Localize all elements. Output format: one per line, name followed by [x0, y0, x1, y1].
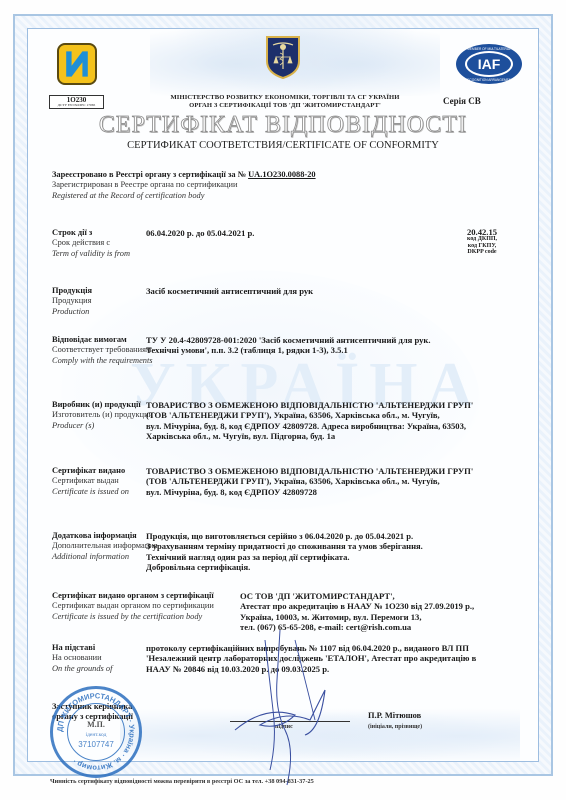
- certification-body-line: Атестат про акредитацію в НААУ № 1О230 в…: [240, 601, 540, 611]
- issued-to-line: (ТОВ 'АЛЬТЕНЕРДЖИ ГРУП'), Україна, 63506…: [146, 476, 546, 486]
- product-label-ru: Продукция: [52, 296, 177, 306]
- stamp-inner-ring: М.П. ідент.код 37107747: [67, 703, 125, 761]
- producer-line: Харківська обл., м. Чугуїв, вул. Підгорн…: [146, 431, 546, 441]
- certificate-title: СЕРТИФІКАТ ВІДПОВІДНОСТІ: [40, 112, 526, 139]
- signer-name: П.Р. Мітюшов: [368, 711, 421, 720]
- accreditation-standard: ДСТУ EN ISO/IEC 17065: [50, 104, 103, 108]
- gkpu-label: код ГКПУ,: [452, 243, 512, 250]
- requirements-value: ТУ У 20.4-42809728-001:2020 'Засіб косме…: [146, 335, 546, 356]
- ministry-emblem-icon: [265, 35, 301, 79]
- validity-period: 06.04.2020 р. до 05.04.2021 р.: [146, 228, 254, 238]
- stamp-id-code: 37107747: [68, 740, 124, 749]
- registration-label-en: Registered at the Record of certificatio…: [52, 191, 538, 201]
- term-label-en: Term of validity is from: [52, 249, 177, 259]
- dkpp-label: код ДКПП,: [452, 236, 512, 243]
- product-label-en: Production: [52, 307, 177, 317]
- additional-info-line: Продукція, що виготовляється серійно з 0…: [146, 531, 546, 541]
- product-name: Засіб косметичний антисептичний для рук: [146, 286, 313, 296]
- requirements-line: ТУ У 20.4-42809728-001:2020 'Засіб косме…: [146, 335, 546, 345]
- producer-line: (ТОВ 'АЛЬТЕНЕРДЖИ ГРУП'), Україна, 63506…: [146, 410, 546, 420]
- iaf-logo-icon: IAF MEMBER OF MULTILATERAL RECOGNITION A…: [455, 43, 523, 85]
- grounds-line: НААУ № 20846 від 10.03.2020 р. до 09.03.…: [146, 664, 546, 674]
- requirements-label-en: Comply with the requirements: [52, 356, 177, 366]
- producer-value: ТОВАРИСТВО З ОБМЕЖЕНОЮ ВІДПОВІДАЛЬНІСТЮ …: [146, 400, 546, 441]
- accreditation-box: 1О230 ДСТУ EN ISO/IEC 17065: [49, 95, 104, 109]
- requirements-line: Технічні умови', п.п. 3.2 (таблиця 1, ря…: [146, 345, 546, 355]
- issued-to-line: ТОВАРИСТВО З ОБМЕЖЕНОЮ ВІДПОВІДАЛЬНІСТЮ …: [146, 466, 546, 476]
- certification-body-label-en: Certificate is issued by the certificati…: [52, 612, 222, 622]
- additional-info-value: Продукція, що виготовляється серійно з 0…: [146, 531, 546, 572]
- registration-label: Зареєстровано в Реєстрі органу з сертифі…: [52, 170, 246, 179]
- naau-logo-icon: [57, 43, 97, 85]
- additional-info-line: Технічний нагляд один раз за період дії …: [146, 552, 546, 562]
- certificate-subtitle: СЕРТИФИКАТ СООТВЕТСТВИЯ/CERTIFICATE OF C…: [40, 140, 526, 151]
- registration-number: UA.1O230.0088-20: [248, 170, 355, 179]
- producer-line: ТОВАРИСТВО З ОБМЕЖЕНОЮ ВІДПОВІДАЛЬНІСТЮ …: [146, 400, 546, 410]
- additional-info-line: Добровільна сертифікація.: [146, 562, 546, 572]
- producer-line: вул. Мічуріна, буд. 8, код ЄДРПОУ 428097…: [146, 421, 546, 431]
- term-label-ru: Срок действия с: [52, 238, 177, 248]
- handwritten-signature-icon: [225, 620, 335, 790]
- registration-label-ru: Зарегистрирован в Реестре органа по серт…: [52, 180, 538, 190]
- certificate-series: Серія СВ: [443, 96, 481, 106]
- grounds-value: протоколу сертифікаційних випробувань № …: [146, 643, 546, 674]
- official-seal-stamp: ДП ЖИТОМИРСТАНДАРТ · Україна · м. Житоми…: [50, 686, 142, 778]
- dkpp-label-en: DKPP code: [452, 249, 512, 256]
- ministry-line: МІНІСТЕРСТВО РОЗВИТКУ ЕКОНОМІКИ, ТОРГІВЛ…: [130, 94, 440, 102]
- verification-note: Чинність сертифікату відповідності можна…: [50, 778, 314, 785]
- certificate-page: УКРАЇНА 1О230 ДСТУ EN ISO/IEC 17065 IAF …: [0, 0, 566, 800]
- certification-body-line: ОС ТОВ 'ДП 'ЖИТОМИРСТАНДАРТ',: [240, 591, 540, 601]
- stamp-id-label: ідент.код: [68, 732, 124, 738]
- dkpp-code: 20.42.15: [452, 228, 512, 236]
- certification-body-line: ОРГАН З СЕРТИФІКАЦІЇ ТОВ 'ДП 'ЖИТОМИРСТА…: [130, 102, 440, 110]
- certification-body-label: Сертифікат видано органом з сертифікації: [52, 591, 222, 601]
- signer-name-caption: (ініціали, прізвище): [368, 724, 422, 730]
- certification-body-label-ru: Сертификат выдан органом по сертификации: [52, 601, 222, 611]
- svg-text:IAF: IAF: [478, 56, 501, 72]
- issued-to-line: вул. Мічуріна, буд. 8, код ЄДРПОУ 428097…: [146, 487, 546, 497]
- dkpp-code-block: 20.42.15 код ДКПП, код ГКПУ, DKPP code: [452, 228, 512, 256]
- issued-to-value: ТОВАРИСТВО З ОБМЕЖЕНОЮ ВІДПОВІДАЛЬНІСТЮ …: [146, 466, 546, 497]
- stamp-mp-label: М.П.: [68, 720, 124, 729]
- issuing-ministry: МІНІСТЕРСТВО РОЗВИТКУ ЕКОНОМІКИ, ТОРГІВЛ…: [130, 94, 440, 110]
- registration-section: Зареєстровано в Реєстрі органу з сертифі…: [52, 170, 538, 201]
- grounds-line: 'Незалежний центр лабораторних досліджен…: [146, 653, 546, 663]
- grounds-line: протоколу сертифікаційних випробувань № …: [146, 643, 546, 653]
- additional-info-line: З урахуванням терміну придатності до спо…: [146, 541, 546, 551]
- svg-text:MEMBER OF MULTILATERAL: MEMBER OF MULTILATERAL: [467, 47, 511, 51]
- svg-text:RECOGNITION ARRANGEMENT: RECOGNITION ARRANGEMENT: [465, 78, 513, 82]
